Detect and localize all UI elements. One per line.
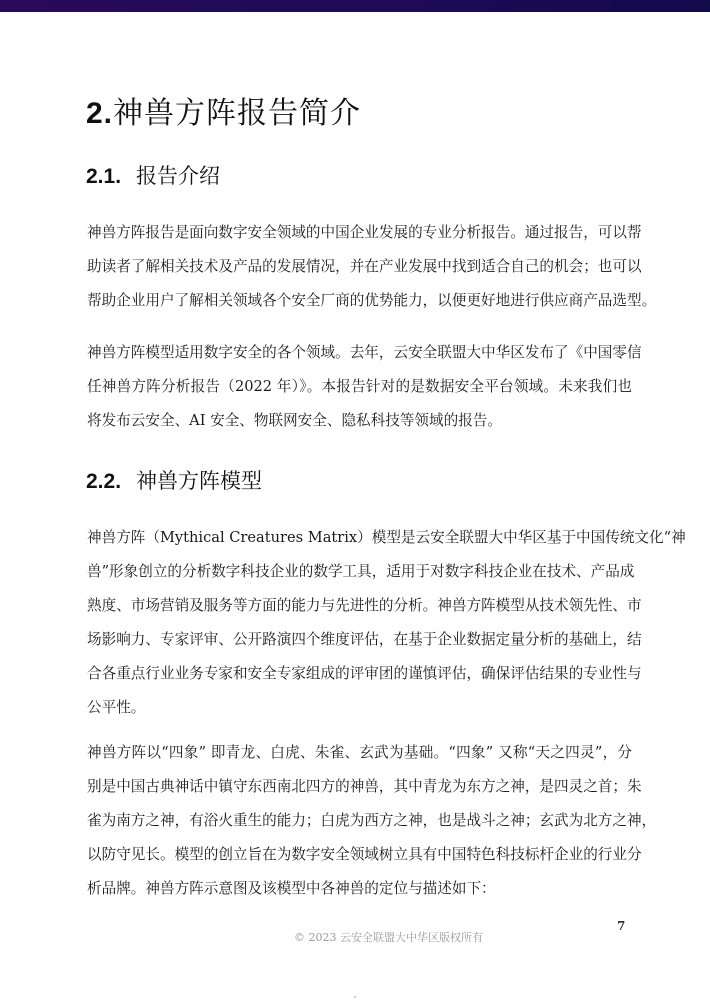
text-line: 神兽方阵（Mythical Creatures Matrix）模型是云安全联盟大… (87, 521, 632, 555)
text-line: 神兽方阵报告是面向数字安全领域的中国企业发展的专业分析报告。通过报告，可以帮 (87, 216, 632, 250)
page-marker-dot (354, 996, 356, 998)
text-line: 公平性。 (87, 691, 632, 725)
text-line: 雀为南方之神，有浴火重生的能力；白虎为西方之神，也是战斗之神；玄武为北方之神， (87, 804, 632, 838)
section-heading-2-1: 2.1.报告介绍 (86, 160, 220, 190)
section-title: 神兽方阵模型 (136, 470, 262, 493)
text-line: 以防守见长。模型的创立旨在为数字安全领域树立具有中国特色科技标杆企业的行业分 (87, 838, 632, 872)
section-number: 2.2. (86, 470, 136, 494)
text-line: 帮助企业用户了解相关领域各个安全厂商的优势能力，以便更好地进行供应商产品选型。 (87, 284, 632, 318)
text-line: 助读者了解相关技术及产品的发展情况，并在产业发展中找到适合自己的机会；也可以 (87, 250, 632, 284)
text-line: 将发布云安全、AI 安全、物联网安全、隐私科技等领域的报告。 (87, 404, 632, 438)
page-number: 7 (617, 919, 625, 933)
paragraph-model-1: 神兽方阵（Mythical Creatures Matrix）模型是云安全联盟大… (87, 521, 632, 725)
section-heading-2-2: 2.2.神兽方阵模型 (86, 465, 262, 495)
footer-copyright: © 2023 云安全联盟大中华区版权所有 (294, 929, 483, 945)
text-line: 析品牌。神兽方阵示意图及该模型中各神兽的定位与描述如下： (87, 872, 632, 906)
text-line: 别是中国古典神话中镇守东西南北四方的神兽，其中青龙为东方之神，是四灵之首；朱 (87, 770, 632, 804)
paragraph-report-intro-1: 神兽方阵报告是面向数字安全领域的中国企业发展的专业分析报告。通过报告，可以帮 助… (87, 216, 632, 318)
text-line: 兽”形象创立的分析数字科技企业的数学工具，适用于对数字科技企业在技术、产品成 (87, 555, 632, 589)
text-line: 神兽方阵模型适用数字安全的各个领域。去年，云安全联盟大中华区发布了《中国零信 (87, 336, 632, 370)
section-number: 2.1. (86, 165, 136, 189)
text-line: 熟度、市场营销及服务等方面的能力与先进性的分析。神兽方阵模型从技术领先性、市 (87, 589, 632, 623)
text-line: 神兽方阵以“四象” 即青龙、白虎、朱雀、玄武为基础。“四象” 又称“天之四灵”，… (87, 736, 632, 770)
chapter-title: 神兽方阵报告简介 (113, 97, 361, 130)
paragraph-model-2: 神兽方阵以“四象” 即青龙、白虎、朱雀、玄武为基础。“四象” 又称“天之四灵”，… (87, 736, 632, 906)
text-line: 任神兽方阵分析报告（2022 年）》。本报告针对的是数据安全平台领域。未来我们也 (87, 370, 632, 404)
chapter-number: 2. (86, 97, 113, 130)
text-line: 合各重点行业业务专家和安全专家组成的评审团的谨慎评估，确保评估结果的专业性与 (87, 657, 632, 691)
chapter-heading: 2.神兽方阵报告简介 (86, 88, 361, 132)
paragraph-report-intro-2: 神兽方阵模型适用数字安全的各个领域。去年，云安全联盟大中华区发布了《中国零信 任… (87, 336, 632, 438)
text-line: 场影响力、专家评审、公开路演四个维度评估，在基于企业数据定量分析的基础上，结 (87, 623, 632, 657)
section-title: 报告介绍 (136, 165, 220, 188)
header-band (0, 0, 710, 12)
